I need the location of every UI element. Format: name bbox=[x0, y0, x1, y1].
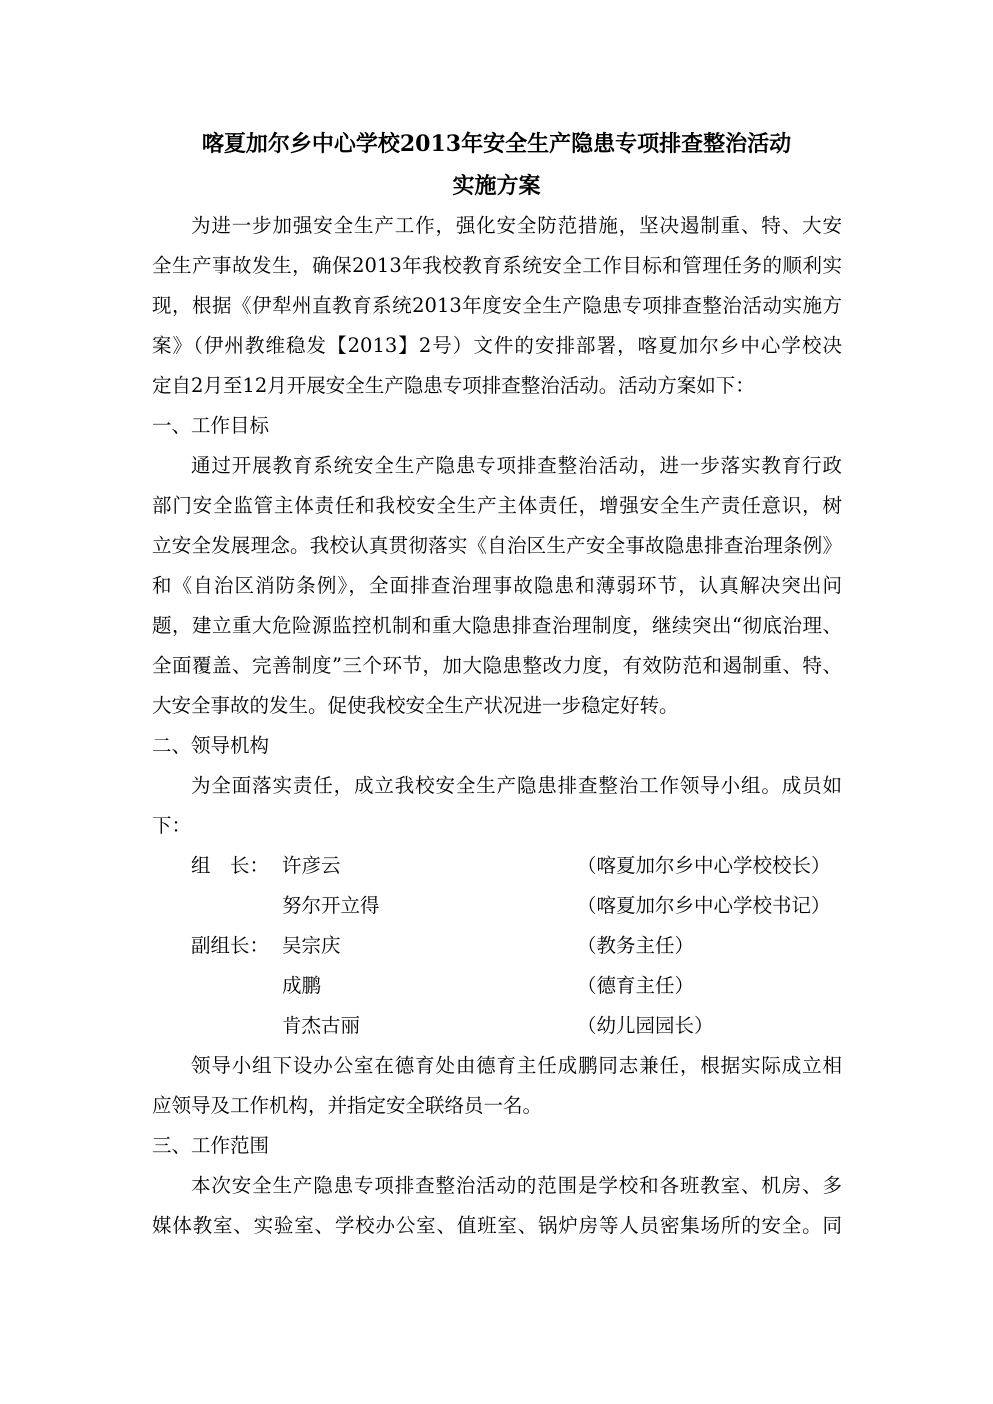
intro-line: 现，根据《伊犁州直教育系统2013年度安全生产隐患专项排查整治活动实施方 bbox=[152, 293, 842, 319]
intro-line: 为进一步加强安全生产工作，强化安全防范措施，坚决遏制重、特、大安 bbox=[191, 213, 842, 239]
section1-line: 部门安全监管主体责任和我校安全生产主体责任，增强安全生产责任意识，树 bbox=[152, 493, 842, 519]
section1-line: 题，建立重大危险源监控机制和重大隐患排查治理制度，继续突出“彻底治理、 bbox=[152, 613, 842, 639]
member-title: （喀夏加尔乡中心学校书记） bbox=[577, 893, 831, 919]
section-heading-work-goals: 一、工作目标 bbox=[152, 413, 269, 439]
member-role: 组 长： bbox=[191, 853, 269, 879]
intro-line: 全生产事故发生，确保2013年我校教育系统安全工作目标和管理任务的顺利实 bbox=[152, 253, 842, 279]
document-title: 喀夏加尔乡中心学校2013年安全生产隐患专项排查整治活动 bbox=[0, 130, 993, 158]
member-name: 成鹏 bbox=[282, 973, 321, 999]
document-page: 喀夏加尔乡中心学校2013年安全生产隐患专项排查整治活动 实施方案 为进一步加强… bbox=[0, 0, 993, 1404]
section1-line: 通过开展教育系统安全生产隐患专项排查整治活动，进一步落实教育行政 bbox=[191, 453, 842, 479]
section1-line: 立安全发展理念。我校认真贯彻落实《自治区生产安全事故隐患排查治理条例》 bbox=[152, 533, 842, 559]
section3-line: 本次安全生产隐患专项排查整治活动的范围是学校和各班教室、机房、多 bbox=[191, 1173, 842, 1199]
member-title: （德育主任） bbox=[577, 973, 694, 999]
section1-line: 大安全事故的发生。促使我校安全生产状况进一步稳定好转。 bbox=[152, 693, 842, 719]
member-name: 努尔开立得 bbox=[282, 893, 380, 919]
member-name: 吴宗庆 bbox=[282, 933, 341, 959]
document-subtitle: 实施方案 bbox=[0, 172, 993, 200]
section1-line: 和《自治区消防条例》，全面排查治理事故隐患和薄弱环节，认真解决突出问 bbox=[152, 573, 842, 599]
intro-line: 定自2月至12月开展安全生产隐患专项排查整治活动。活动方案如下： bbox=[152, 373, 842, 399]
section2-line: 下： bbox=[152, 813, 842, 839]
member-title: （教务主任） bbox=[577, 933, 694, 959]
section-heading-scope: 三、工作范围 bbox=[152, 1133, 269, 1159]
office-line: 领导小组下设办公室在德育处由德育主任成鹏同志兼任，根据实际成立相 bbox=[191, 1053, 842, 1079]
member-name: 肯杰古丽 bbox=[282, 1013, 360, 1039]
section2-line: 为全面落实责任，成立我校安全生产隐患排查整治工作领导小组。成员如 bbox=[191, 773, 842, 799]
section3-line: 媒体教室、实验室、学校办公室、值班室、锅炉房等人员密集场所的安全。同 bbox=[152, 1213, 842, 1239]
member-title: （幼儿园园长） bbox=[577, 1013, 714, 1039]
member-name: 许彦云 bbox=[282, 853, 341, 879]
member-role: 副组长： bbox=[191, 933, 269, 959]
section1-line: 全面覆盖、完善制度”三个环节，加大隐患整改力度，有效防范和遏制重、特、 bbox=[152, 653, 842, 679]
member-title: （喀夏加尔乡中心学校校长） bbox=[577, 853, 831, 879]
section-heading-leadership: 二、领导机构 bbox=[152, 733, 269, 759]
office-line: 应领导及工作机构，并指定安全联络员一名。 bbox=[152, 1093, 842, 1119]
intro-line: 案》（伊州教维稳发【2013】2号）文件的安排部署，喀夏加尔乡中心学校决 bbox=[152, 333, 842, 359]
